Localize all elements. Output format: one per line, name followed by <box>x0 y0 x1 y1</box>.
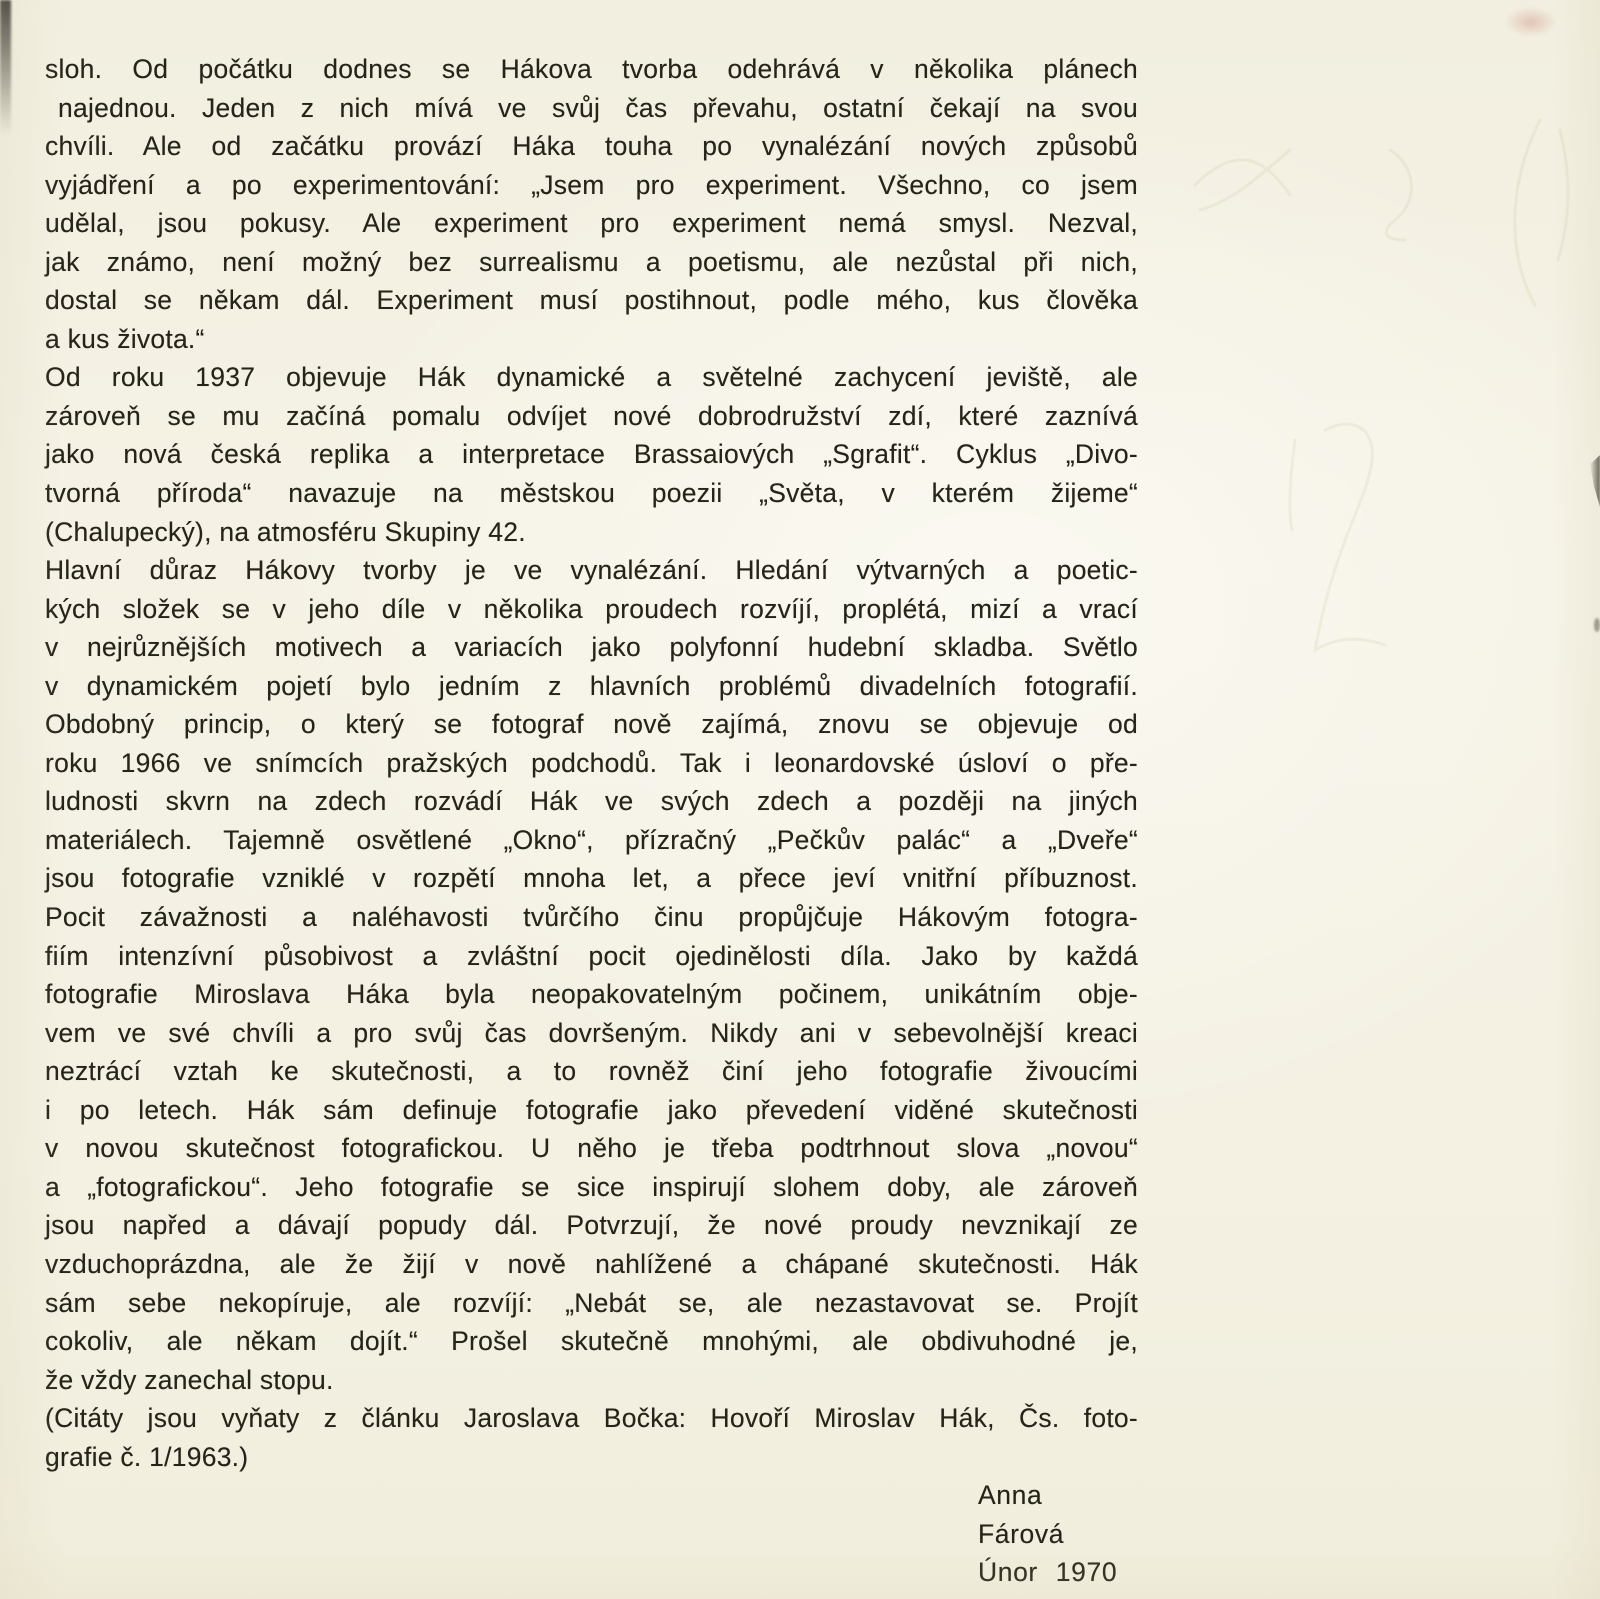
text-line: jako nová česká replika a interpretace B… <box>45 435 1138 474</box>
text-line: ludnosti skvrn na zdech rozvádí Hák ve s… <box>45 782 1138 821</box>
text-line: (Chalupecký), na atmosféru Skupiny 42. <box>45 513 1138 552</box>
text-line: najednou. Jeden z nich mívá ve svůj čas … <box>45 89 1138 128</box>
text-line: vzduchoprázdna, ale že žijí v nově nahlí… <box>45 1245 1138 1284</box>
text-line: že vždy zanechal stopu. <box>45 1361 1138 1400</box>
text-line: zároveň se mu začíná pomalu odvíjet nové… <box>45 397 1138 436</box>
text-line: a kus života.“ <box>45 320 1138 359</box>
text-line: v novou skutečnost fotografickou. U něho… <box>45 1129 1138 1168</box>
text-line: v nejrůznějších motivech a variacích jak… <box>45 628 1138 667</box>
text-line: jak známo, není možný bez surrealismu a … <box>45 243 1138 282</box>
text-line: v dynamickém pojetí bylo jedním z hlavní… <box>45 667 1138 706</box>
text-line: cokoliv, ale někam dojít.“ Prošel skuteč… <box>45 1322 1138 1361</box>
text-line: neztrácí vztah ke skutečnosti, a to rovn… <box>45 1052 1138 1091</box>
text-line: sloh. Od počátku dodnes se Hákova tvorba… <box>45 50 1138 89</box>
text-line: dostal se někam dál. Experiment musí pos… <box>45 281 1138 320</box>
text-line: kých složek se v jeho díle v několika pr… <box>45 590 1138 629</box>
text-line: roku 1966 ve snímcích pražských podchodů… <box>45 744 1138 783</box>
scan-corner-smudge <box>0 0 11 135</box>
text-line: Anna Fárová <box>45 1476 1138 1553</box>
text-line: udělal, jsou pokusy. Ale experiment pro … <box>45 204 1138 243</box>
scan-pink-mark <box>1496 2 1566 42</box>
text-line: Hlavní důraz Hákovy tvorby je ve vynaléz… <box>45 551 1138 590</box>
text-line: fiím intenzívní působivost a zvláštní po… <box>45 937 1138 976</box>
scanned-catalog-page: sloh. Od počátku dodnes se Hákova tvorba… <box>0 0 1600 1599</box>
text-line: vem ve své chvíli a pro svůj čas dovršen… <box>45 1014 1138 1053</box>
text-line: materiálech. Tajemně osvětlené „Okno“, p… <box>45 821 1138 860</box>
text-line: (Citáty jsou vyňaty z článku Jaroslava B… <box>45 1399 1138 1438</box>
text-line: grafie č. 1/1963.) <box>45 1438 1138 1477</box>
text-line: i po letech. Hák sám definuje fotografie… <box>45 1091 1138 1130</box>
text-line: jsou fotografie vzniklé v rozpětí mnoha … <box>45 859 1138 898</box>
faint-pencil-marks <box>1140 90 1600 690</box>
text-line: tvorná příroda“ navazuje na městskou poe… <box>45 474 1138 513</box>
text-line: Únor 1970 <box>45 1553 1138 1592</box>
text-line: sám sebe nekopíruje, ale rozvíjí: „Nebát… <box>45 1284 1138 1323</box>
text-line: chvíli. Ale od začátku provází Háka touh… <box>45 127 1138 166</box>
scan-edge-shadow <box>1590 455 1600 507</box>
text-line: Obdobný princip, o který se fotograf nov… <box>45 705 1138 744</box>
text-line: vyjádření a po experimentování: „Jsem pr… <box>45 166 1138 205</box>
text-line: Pocit závažnosti a naléhavosti tvůrčího … <box>45 898 1138 937</box>
scan-edge-dot <box>1594 618 1600 632</box>
page-text: sloh. Od počátku dodnes se Hákova tvorba… <box>45 50 1138 1592</box>
text-line: a „fotografickou“. Jeho fotografie se si… <box>45 1168 1138 1207</box>
text-line: Od roku 1937 objevuje Hák dynamické a sv… <box>45 358 1138 397</box>
text-line: fotografie Miroslava Háka byla neopakova… <box>45 975 1138 1014</box>
text-line: jsou napřed a dávají popudy dál. Potvrzu… <box>45 1206 1138 1245</box>
